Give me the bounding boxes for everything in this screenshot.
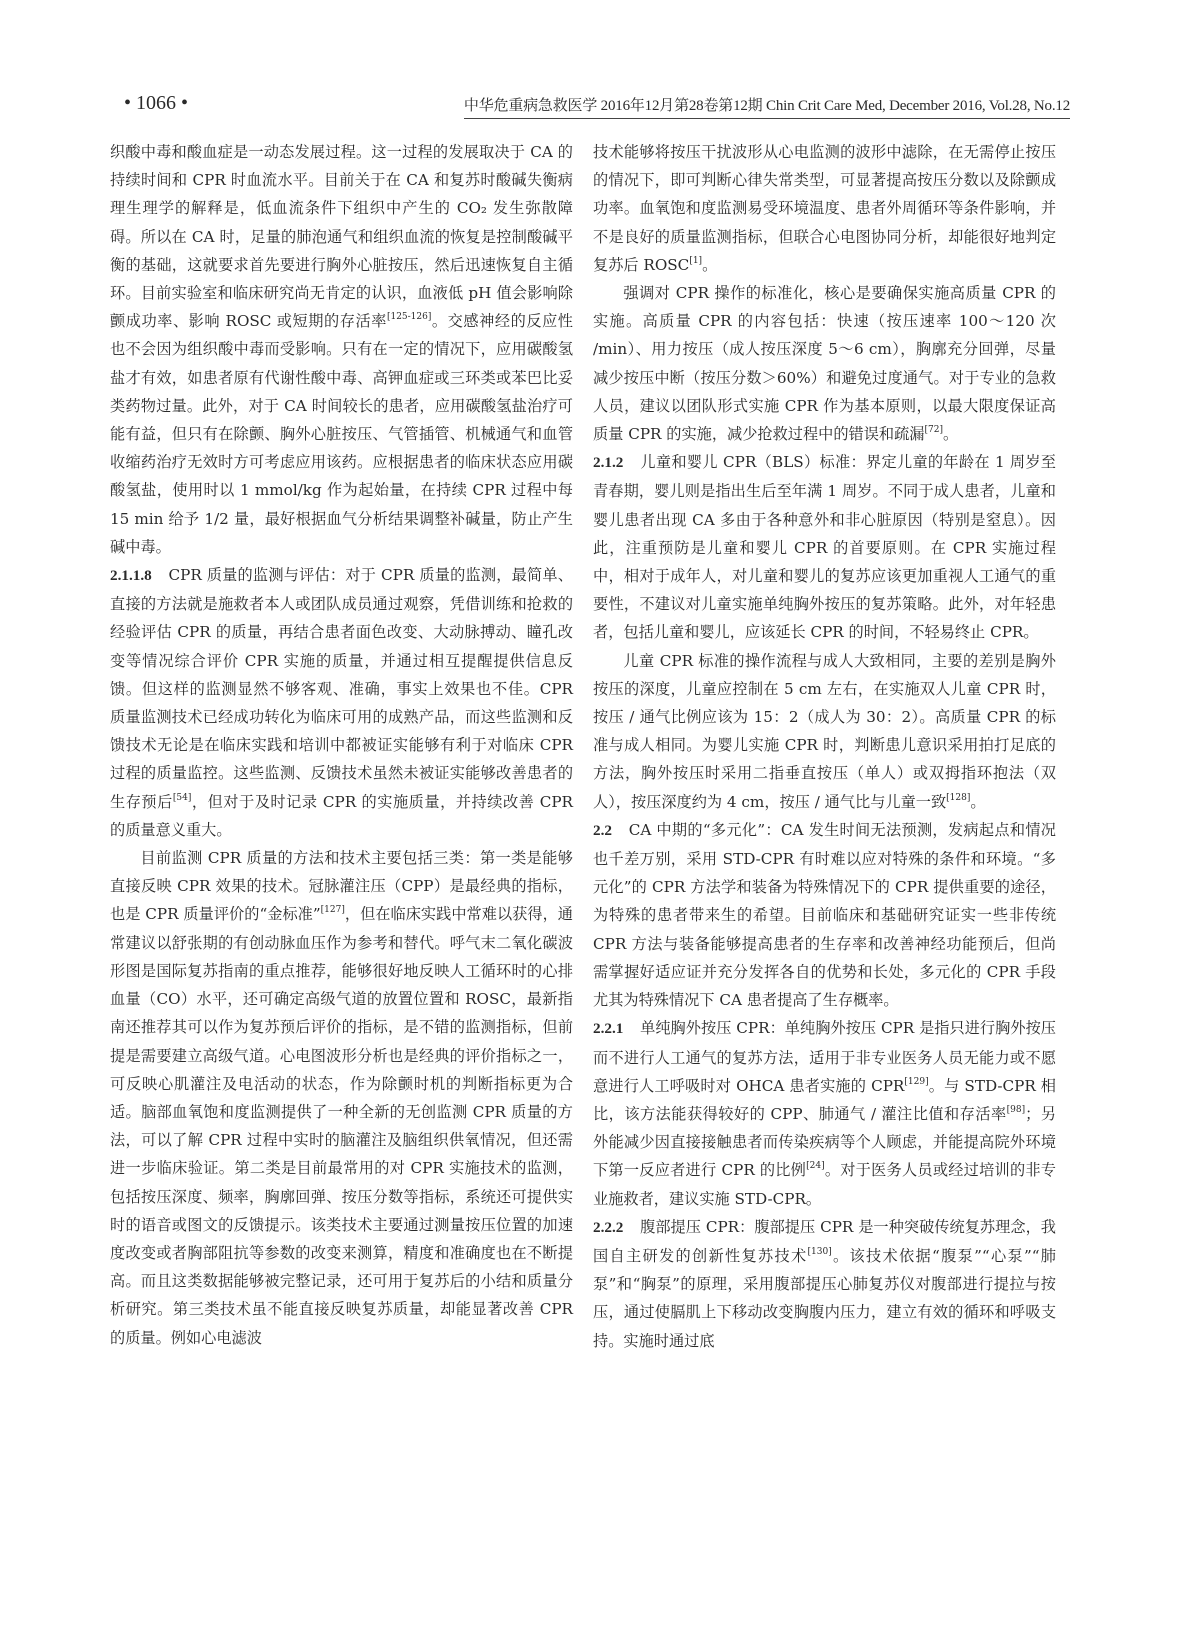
body-paragraph: 强调对 CPR 操作的标准化，核心是要确保实施高质量 CPR 的实施。高质量 C… xyxy=(593,279,1056,448)
text-run: 强调对 CPR 操作的标准化，核心是要确保实施高质量 CPR 的实施。高质量 C… xyxy=(593,284,1056,443)
section-number: 2.2 xyxy=(593,822,612,839)
text-run: ，但在临床实践中常难以获得，通常建议以舒张期的有创动脉血压作为参考和替代。呼气末… xyxy=(110,905,573,1346)
text-run: 。 xyxy=(970,793,985,811)
citation-ref: [125-126] xyxy=(387,312,431,322)
running-head: 中华危重病急救医学 2016年12月第28卷第12期 Chin Crit Car… xyxy=(464,94,1070,119)
text-run: 织酸中毒和酸血症是一动态发展过程。这一过程的发展取决于 CA 的持续时间和 CP… xyxy=(110,143,573,330)
text-run: 。交感神经的反应性也不会因为组织酸中毒而受影响。只有在一定的情况下，应用碳酸氢盐… xyxy=(110,312,573,556)
section-paragraph: 2.1.1.8CPR 质量的监测与评估：对于 CPR 质量的监测，最简单、直接的… xyxy=(110,561,573,844)
citation-ref: [24] xyxy=(806,1161,824,1171)
citation-ref: [54] xyxy=(173,793,191,803)
right-column: 技术能够将按压干扰波形从心电监测的波形中滤除，在无需停止按压的情况下，即可判断心… xyxy=(593,138,1056,1355)
page-number: • 1066 • xyxy=(124,92,188,115)
text-run: 儿童和婴儿 CPR（BLS）标准：界定儿童的年龄在 1 周岁至青春期，婴儿则是指… xyxy=(593,453,1056,641)
body-paragraph: 目前监测 CPR 质量的方法和技术主要包括三类：第一类是能够直接反映 CPR 效… xyxy=(110,844,573,1352)
citation-ref: [72] xyxy=(925,425,943,435)
citation-ref: [129] xyxy=(904,1077,928,1087)
section-paragraph: 2.1.2儿童和婴儿 CPR（BLS）标准：界定儿童的年龄在 1 周岁至青春期，… xyxy=(593,448,1056,646)
section-paragraph: 2.2.1单纯胸外按压 CPR：单纯胸外按压 CPR 是指只进行胸外按压而不进行… xyxy=(593,1014,1056,1212)
section-paragraph: 2.2.2腹部提压 CPR：腹部提压 CPR 是一种突破传统复苏理念，我国自主研… xyxy=(593,1213,1056,1355)
body-paragraph: 儿童 CPR 标准的操作流程与成人大致相同，主要的差别是胸外按压的深度，儿童应控… xyxy=(593,647,1056,816)
left-column: 织酸中毒和酸血症是一动态发展过程。这一过程的发展取决于 CA 的持续时间和 CP… xyxy=(110,138,573,1352)
page-header: • 1066 • 中华危重病急救医学 2016年12月第28卷第12期 Chin… xyxy=(110,92,1070,118)
text-run: 儿童 CPR 标准的操作流程与成人大致相同，主要的差别是胸外按压的深度，儿童应控… xyxy=(593,652,1056,811)
text-run: 技术能够将按压干扰波形从心电监测的波形中滤除，在无需停止按压的情况下，即可判断心… xyxy=(593,143,1056,274)
section-number: 2.2.1 xyxy=(593,1020,623,1037)
text-run: CA 中期的“多元化”：CA 发生时间无法预测，发病起点和情况也千差万别，采用 … xyxy=(593,821,1056,1009)
citation-ref: [130] xyxy=(808,1247,832,1257)
citation-ref: [1] xyxy=(689,256,702,266)
citation-ref: [127] xyxy=(321,905,345,915)
text-run: 。 xyxy=(702,256,717,274)
citation-ref: [98] xyxy=(1007,1105,1025,1115)
section-number: 2.1.2 xyxy=(593,454,623,471)
text-run: CPR 质量的监测与评估：对于 CPR 质量的监测，最简单、直接的方法就是施救者… xyxy=(110,566,573,811)
citation-ref: [128] xyxy=(946,793,970,803)
section-number: 2.1.1.8 xyxy=(110,567,152,584)
body-paragraph: 技术能够将按压干扰波形从心电监测的波形中滤除，在无需停止按压的情况下，即可判断心… xyxy=(593,138,1056,279)
section-paragraph: 2.2CA 中期的“多元化”：CA 发生时间无法预测，发病起点和情况也千差万别，… xyxy=(593,816,1056,1014)
section-number: 2.2.2 xyxy=(593,1219,623,1236)
body-paragraph: 织酸中毒和酸血症是一动态发展过程。这一过程的发展取决于 CA 的持续时间和 CP… xyxy=(110,138,573,561)
text-run: 。 xyxy=(943,425,958,443)
